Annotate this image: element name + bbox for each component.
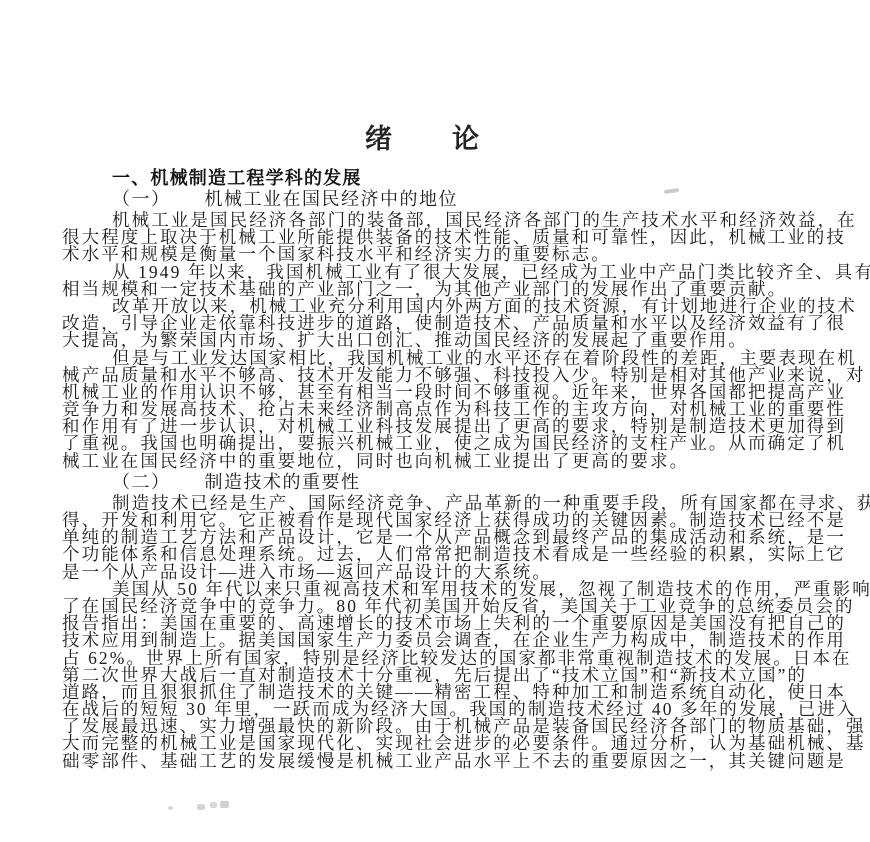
subsection-heading: （二）制造技术的重要性 <box>112 473 866 491</box>
text-line: 术水平和规模是衡量一个国家科技水平和经济实力的重要标志。 <box>62 246 866 263</box>
text-line: 技术应用到制造上。据美国国家生产力委员会调查，在企业生产力构成中，制造技术的作用 <box>62 632 866 649</box>
section-heading: 一、机械制造工程学科的发展 <box>112 169 866 188</box>
scan-smudge <box>168 806 173 810</box>
text-line: 础零部件、基础工艺的发展缓慢是机械工业产品水平上不去的重要原因之一，其关键问题是 <box>62 753 866 770</box>
subsection-number: （二） <box>112 472 171 492</box>
text-line: 个功能体系和信息处理系统。过去，人们常常把制造技术看成是一些经验的积累，实际上它 <box>62 546 866 563</box>
scan-smudge <box>210 802 217 808</box>
paragraph: 美国从 50 年代以来只重视高技术和军用技术的发展，忽视了制造技术的作用，严重影… <box>62 581 866 770</box>
subsection-heading: （一）机械工业在国民经济中的地位 <box>112 190 866 208</box>
text-line: 大提高，为繁荣国内市场、扩大出口创汇、推动国民经济的发展起了重要作用。 <box>62 332 866 349</box>
scan-smudge <box>220 801 229 808</box>
subsection-body: 制造技术已经是生产、国际经济竞争、产品革新的一种重要手段，所有国家都在寻求、获得… <box>62 495 866 770</box>
scan-smudge <box>197 804 205 810</box>
text-line: 械工业在国民经济中的重要地位，同时也向机械工业提出了更高的要求。 <box>62 453 866 470</box>
paragraph: 改革开放以来，机械工业充分利用国内外两方面的技术资源，有计划地进行企业的技术改造… <box>62 298 866 350</box>
paragraph: 制造技术已经是生产、国际经济竞争、产品革新的一种重要手段，所有国家都在寻求、获得… <box>62 495 866 581</box>
paragraph: 从 1949 年以来，我国机械工业有了很大发展，已经成为工业中产品门类比较齐全、… <box>62 264 866 298</box>
subsection-number: （一） <box>112 189 171 209</box>
subsection-title: 制造技术的重要性 <box>205 472 361 492</box>
subsection-machinery-industry: （一）机械工业在国民经济中的地位 机械工业是国民经济各部门的装备部，国民经济各部… <box>62 190 866 470</box>
paragraph: 机械工业是国民经济各部门的装备部，国民经济各部门的生产技术水平和经济效益，在很大… <box>62 212 866 264</box>
subsection-body: 机械工业是国民经济各部门的装备部，国民经济各部门的生产技术水平和经济效益，在很大… <box>62 212 866 470</box>
subsection-title: 机械工业在国民经济中的地位 <box>205 189 459 209</box>
chapter-title: 绪 论 <box>21 124 825 154</box>
subsection-manufacturing-tech: （二）制造技术的重要性 制造技术已经是生产、国际经济竞争、产品革新的一种重要手段… <box>62 473 866 770</box>
paragraph: 但是与工业发达国家相比，我国机械工业的水平还存在着阶段性的差距，主要表现在机械产… <box>62 350 866 470</box>
text-block: 绪 论 一、机械制造工程学科的发展 （一）机械工业在国民经济中的地位 机械工业是… <box>62 124 866 770</box>
scanned-page: 绪 论 一、机械制造工程学科的发展 （一）机械工业在国民经济中的地位 机械工业是… <box>0 0 870 842</box>
